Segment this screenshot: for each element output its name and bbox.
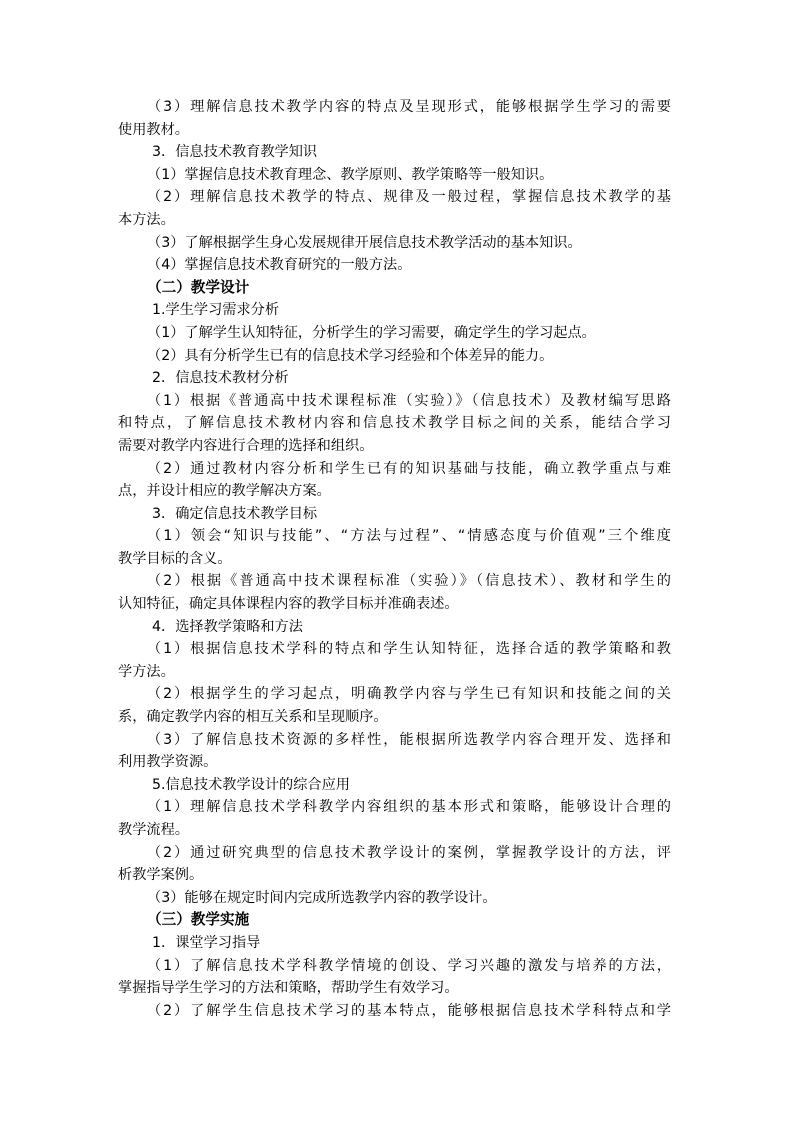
- paragraph-line: 1.学生学习需求分析: [118, 299, 671, 322]
- paragraph-line: 1．课堂学习指导: [118, 932, 671, 955]
- paragraph-line: （1）了解学生认知特征，分析学生的学习需要，确定学生的学习起点。: [118, 322, 671, 345]
- paragraph-line: （3）了解信息技术资源的多样性，能根据所选教学内容合理开发、选择和: [118, 729, 671, 752]
- paragraph-line: 点，并设计相应的教学解决方案。: [118, 480, 671, 503]
- paragraph-line: 2．信息技术教材分析: [118, 367, 671, 390]
- document-page: （3）理解信息技术教学内容的特点及呈现形式，能够根据学生学习的需要使用教材。3．…: [118, 96, 671, 1022]
- paragraph-line: 掌握指导学生学习的方法和策略，帮助学生有效学习。: [118, 977, 671, 1000]
- paragraph-line: 学方法。: [118, 661, 671, 684]
- paragraph-line: （1）掌握信息技术教育理念、教学原则、教学策略等一般知识。: [118, 164, 671, 187]
- paragraph-line: 3．信息技术教育教学知识: [118, 141, 671, 164]
- paragraph-line: （2）根据学生的学习起点，明确教学内容与学生已有知识和技能之间的关: [118, 683, 671, 706]
- paragraph-line: 和特点，了解信息技术教材内容和信息技术教学目标之间的关系，能结合学习: [118, 412, 671, 435]
- paragraph-line: （1）理解信息技术学科教学内容组织的基本形式和策略，能够设计合理的: [118, 796, 671, 819]
- paragraph-line: 利用教学资源。: [118, 751, 671, 774]
- paragraph-line: 使用教材。: [118, 119, 671, 142]
- paragraph-line: （3）了解根据学生身心发展规律开展信息技术教学活动的基本知识。: [118, 232, 671, 255]
- paragraph-line: （2）了解学生信息技术学习的基本特点，能够根据信息技术学科特点和学: [118, 1000, 671, 1023]
- paragraph-line: 需要对教学内容进行合理的选择和组织。: [118, 435, 671, 458]
- paragraph-line: 3．确定信息技术教学目标: [118, 503, 671, 526]
- paragraph-line: （2）理解信息技术教学的特点、规律及一般过程，掌握信息技术教学的基: [118, 186, 671, 209]
- paragraph-line: （2）通过教材内容分析和学生已有的知识基础与技能，确立教学重点与难: [118, 458, 671, 481]
- paragraph-line: （2）根据《普通高中技术课程标准（实验）》（信息技术）、教材和学生的: [118, 570, 671, 593]
- paragraph-line: （2）具有分析学生已有的信息技术学习经验和个体差异的能力。: [118, 345, 671, 368]
- paragraph-line: 4．选择教学策略和方法: [118, 616, 671, 639]
- paragraph-line: （2）通过研究典型的信息技术教学设计的案例，掌握教学设计的方法，评: [118, 842, 671, 865]
- paragraph-line: （1）根据《普通高中技术课程标准（实验）》（信息技术）及教材编写思路: [118, 390, 671, 413]
- section-heading: （二）教学设计: [118, 277, 671, 300]
- paragraph-line: （1）领会“知识与技能”、“方法与过程”、“情感态度与价值观”三个维度: [118, 525, 671, 548]
- section-heading: （三）教学实施: [118, 909, 671, 932]
- paragraph-line: （3）理解信息技术教学内容的特点及呈现形式，能够根据学生学习的需要: [118, 96, 671, 119]
- paragraph-line: （3）能够在规定时间内完成所选教学内容的教学设计。: [118, 887, 671, 910]
- paragraph-line: 系，确定教学内容的相互关系和呈现顺序。: [118, 706, 671, 729]
- paragraph-line: 本方法。: [118, 209, 671, 232]
- paragraph-line: 教学流程。: [118, 819, 671, 842]
- paragraph-line: 5.信息技术教学设计的综合应用: [118, 774, 671, 797]
- paragraph-line: 析教学案例。: [118, 864, 671, 887]
- paragraph-line: （1）了解信息技术学科教学情境的创设、学习兴趣的激发与培养的方法，: [118, 955, 671, 978]
- paragraph-line: （1）根据信息技术学科的特点和学生认知特征，选择合适的教学策略和教: [118, 638, 671, 661]
- paragraph-line: 教学目标的含义。: [118, 548, 671, 571]
- paragraph-line: 认知特征，确定具体课程内容的教学目标并准确表述。: [118, 593, 671, 616]
- paragraph-line: （4）掌握信息技术教育研究的一般方法。: [118, 254, 671, 277]
